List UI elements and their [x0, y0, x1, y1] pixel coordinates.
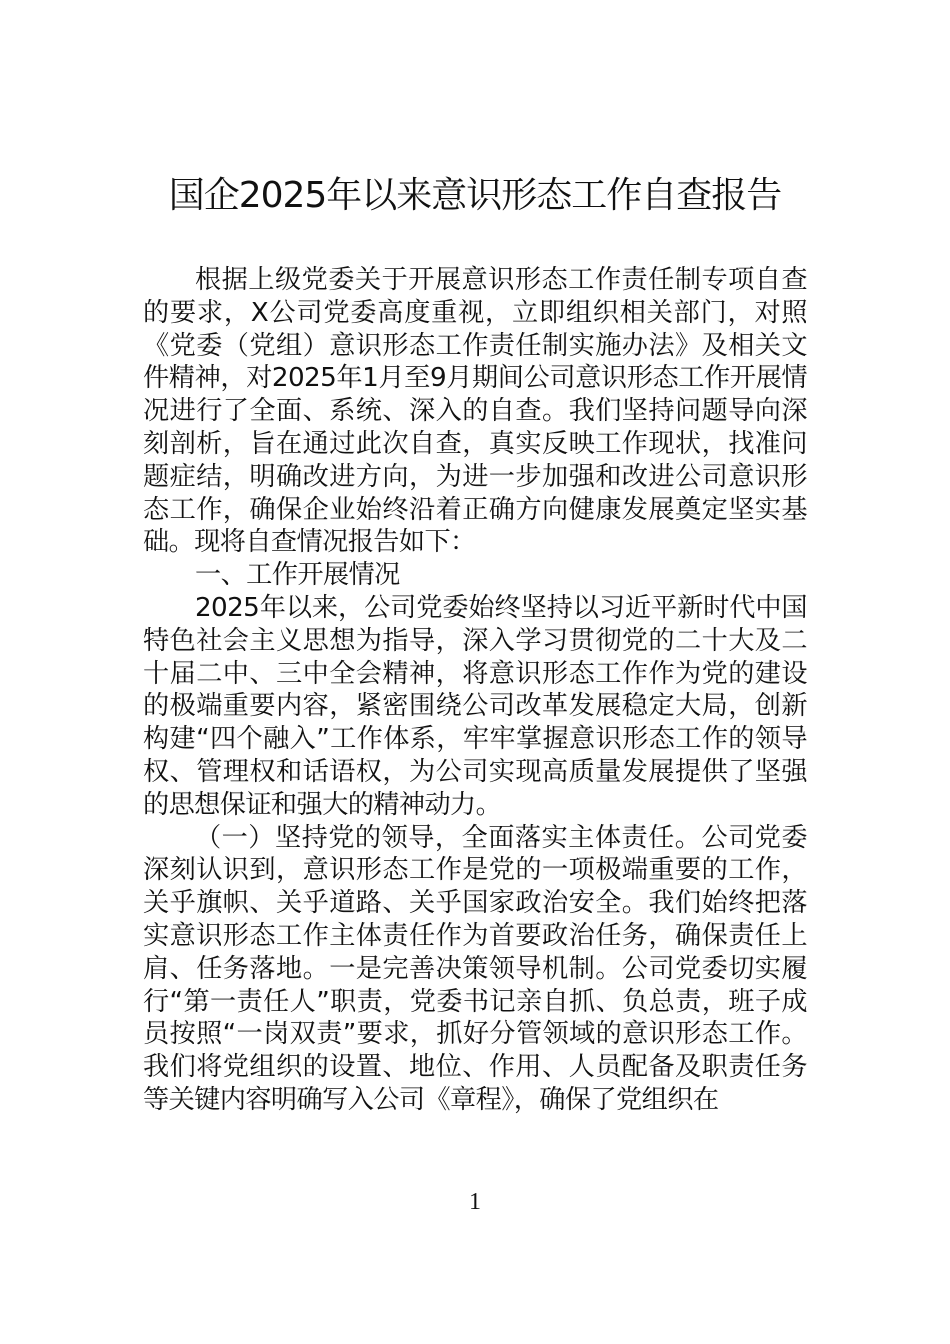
document-page: 国企2025年以来意识形态工作自查报告 根据上级党委关于开展意识形态工作责任制专… [0, 0, 950, 1344]
paragraph-overview: 2025年以来，公司党委始终坚持以习近平新时代中国特色社会主义思想为指导，深入学… [143, 592, 807, 822]
section-heading-work-status: 一、工作开展情况 [143, 559, 807, 592]
document-title: 国企2025年以来意识形态工作自查报告 [0, 172, 950, 220]
page-number: 1 [0, 1186, 950, 1218]
document-body: 根据上级党委关于开展意识形态工作责任制专项自查的要求，X公司党委高度重视，立即组… [143, 264, 807, 1117]
paragraph-intro: 根据上级党委关于开展意识形态工作责任制专项自查的要求，X公司党委高度重视，立即组… [143, 264, 807, 559]
paragraph-subsection-1: （一）坚持党的领导，全面落实主体责任。公司党委深刻认识到，意识形态工作是党的一项… [143, 822, 807, 1117]
